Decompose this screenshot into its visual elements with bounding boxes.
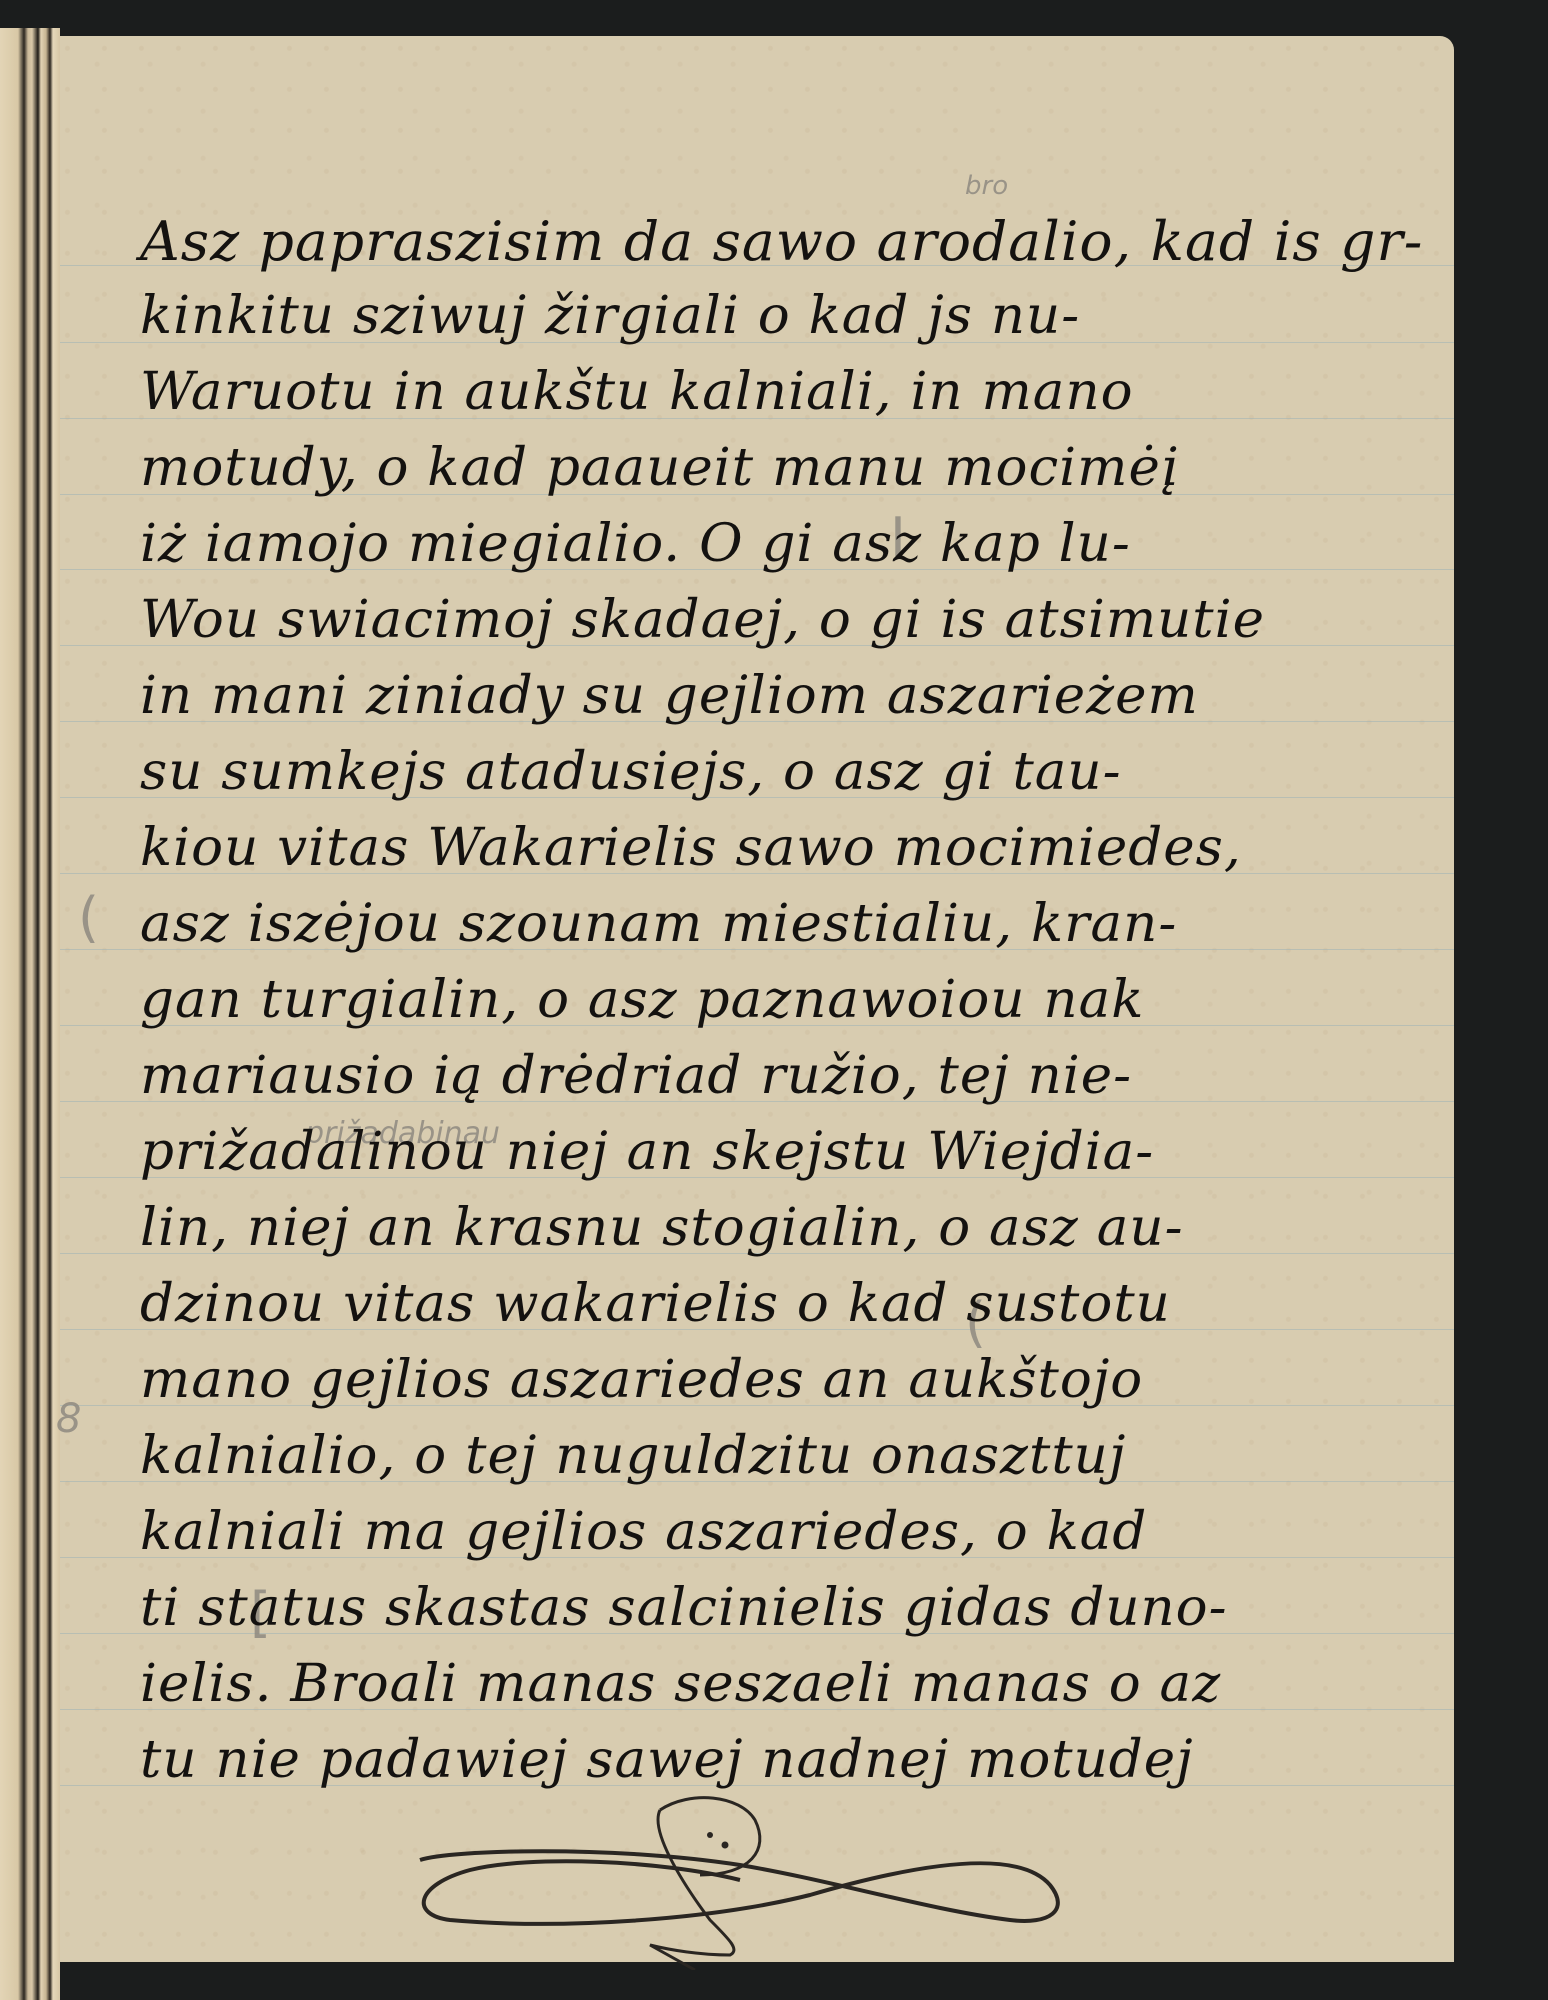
text-line-12: mariausio ią drėdriad ružio, tej nie-	[140, 1046, 1132, 1106]
signature-flourish	[410, 1790, 1110, 1970]
text-line-11: gan turgialin, o asz paznawoiou nak	[140, 970, 1144, 1030]
text-line-6: Wou swiacimoj skadaej, o gi is atsimutie	[140, 590, 1265, 650]
text-line-15: dzinou vitas wakarielis o kad sustotu	[140, 1274, 1171, 1334]
text-line-8: su sumkejs atadusiejs, o asz gi tau-	[140, 742, 1122, 802]
pencil-annotation: bro	[965, 171, 1008, 201]
text-line-18: kalniali ma gejlios aszariedes, o kad	[140, 1502, 1147, 1562]
notebook-binding-edge	[0, 28, 60, 2000]
signature-dot	[707, 1832, 713, 1838]
text-line-10: asz iszėjou szounam miestialiu, kran-	[140, 894, 1177, 954]
text-line-5: iż iamojo miegialio. O gi asz kap lu-	[140, 514, 1131, 574]
signature-dot	[722, 1842, 729, 1849]
text-line-4: motudy, o kad paaueit manu mocimėį	[140, 438, 1179, 498]
text-line-14: lin, niej an krasnu stogialin, o asz au-	[140, 1198, 1184, 1258]
text-line-16: mano gejlios aszariedes an aukštojo	[140, 1350, 1143, 1410]
text-line-2: kinkitu sziwuj žirgiali o kad js nu-	[140, 286, 1080, 346]
text-line-19: ti status skastas salcinielis gidas duno…	[140, 1578, 1228, 1638]
text-line-13: prižadalinou niej an skejstu Wiejdia-	[140, 1122, 1154, 1182]
text-line-1: Asz papraszisim da sawo arodalio, kad is…	[140, 210, 1423, 273]
pencil-annotation: 8	[56, 1396, 81, 1442]
text-line-17: kalnialio, o tej nuguldzitu onaszttuj	[140, 1426, 1126, 1486]
pencil-annotation: (	[78, 886, 99, 949]
text-line-9: kiou vitas Wakarielis sawo mocimiedes,	[140, 818, 1242, 878]
text-line-7: in mani ziniady su gejliom aszarieżem	[140, 666, 1199, 726]
text-line-21: tu nie padawiej sawej nadnej motudej	[140, 1730, 1194, 1790]
text-line-3: Waruotu in aukštu kalniali, in mano	[140, 362, 1134, 422]
text-line-20: ielis. Broali manas seszaeli manas o az	[140, 1654, 1221, 1714]
